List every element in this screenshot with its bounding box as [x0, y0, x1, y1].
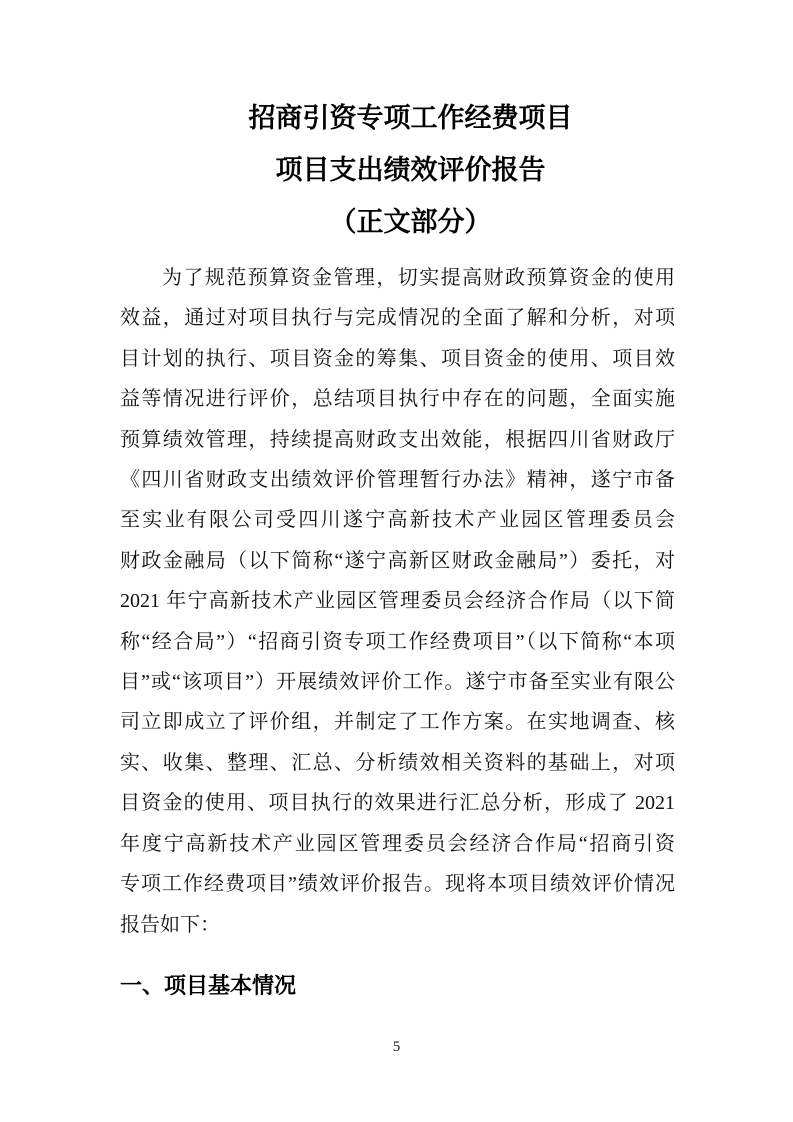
paragraph-line: 司立即成立了评价组，并制定了工作方案。在实地调查、核 [120, 702, 675, 742]
paragraph-line: 为了规范预算资金管理，切实提高财政预算资金的使用 [120, 258, 675, 298]
paragraph-line: 《四川省财政支出绩效评价管理暂行办法》精神，遂宁市备 [120, 460, 675, 500]
paragraph-line: 2021 年宁高新技术产业园区管理委员会经济合作局（以下简 [120, 581, 675, 621]
paragraph-line: 预算绩效管理，持续提高财政支出效能，根据四川省财政厅 [120, 420, 675, 460]
paragraph-line: 实、收集、整理、汇总、分析绩效相关资料的基础上，对项 [120, 743, 675, 783]
paragraph-line: 称“经合局”）“招商引资专项工作经费项目”（以下简称“本项 [120, 622, 675, 662]
intro-paragraph: 为了规范预算资金管理，切实提高财政预算资金的使用 效益，通过对项目执行与完成情况… [120, 258, 675, 945]
page-number: 5 [0, 1038, 793, 1056]
paragraph-line: 目”或“该项目”）开展绩效评价工作。遂宁市备至实业有限公 [120, 662, 675, 702]
paragraph-line: 益等情况进行评价，总结项目执行中存在的问题，全面实施 [120, 379, 675, 419]
paragraph-line: 目计划的执行、项目资金的筹集、项目资金的使用、项目效 [120, 339, 675, 379]
report-title: 招商引资专项工作经费项目 项目支出绩效评价报告 （正文部分） [133, 92, 688, 248]
paragraph-line: 财政金融局（以下简称“遂宁高新区财政金融局”）委托，对 [120, 541, 675, 581]
paragraph-line: 目资金的使用、项目执行的效果进行汇总分析，形成了 2021 [120, 783, 675, 823]
report-title-line-3: （正文部分） [133, 196, 688, 248]
paragraph-line: 效益，通过对项目执行与完成情况的全面了解和分析，对项 [120, 298, 675, 338]
paragraph-line: 报告如下： [120, 905, 675, 945]
paragraph-line: 专项工作经费项目”绩效评价报告。现将本项目绩效评价情况 [120, 864, 675, 904]
report-title-line-2: 项目支出绩效评价报告 [133, 144, 688, 196]
paragraph-line: 至实业有限公司受四川遂宁高新技术产业园区管理委员会 [120, 500, 675, 540]
report-title-line-1: 招商引资专项工作经费项目 [133, 92, 688, 144]
document-page: 招商引资专项工作经费项目 项目支出绩效评价报告 （正文部分） 为了规范预算资金管… [0, 0, 793, 1122]
paragraph-line: 年度宁高新技术产业园区管理委员会经济合作局“招商引资 [120, 824, 675, 864]
section-heading-1: 一、项目基本情况 [120, 971, 675, 1001]
